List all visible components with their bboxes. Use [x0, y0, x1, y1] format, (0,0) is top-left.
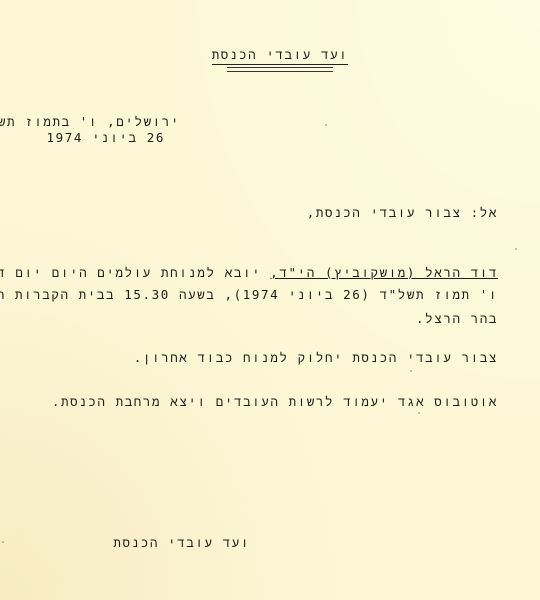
paragraph1-line3: בהר הרצל.	[416, 311, 498, 327]
place-date-hebrew: ירושלים, ו' בתמוז תשל"ד	[0, 114, 180, 130]
header-double-underline	[227, 67, 333, 72]
paper-speck	[515, 248, 517, 250]
paragraph2: צבור עובדי הכנסת יחלוק למנוח כבוד אחרון.	[134, 350, 498, 366]
paragraph1-line1-rest: יובא למנוחת עולמים היום יום ד',	[0, 265, 270, 280]
letter-page: ועד עובדי הכנסת ירושלים, ו' בתמוז תשל"ד …	[0, 0, 540, 600]
date-gregorian: 26 ביוני 1974	[46, 130, 165, 146]
signature: ועד עובדי הכנסת	[113, 535, 250, 551]
paper-speck	[418, 412, 420, 414]
paper-speck	[2, 541, 4, 543]
addressee-line: אל: צבור עובדי הכנסת,	[307, 205, 498, 221]
paper-speck	[410, 370, 412, 372]
paper-speck	[325, 124, 327, 126]
header-title: ועד עובדי הכנסת	[212, 47, 349, 65]
paragraph1-line2: ו' תמוז תשל"ד (26 ביוני 1974), בשעה 15.3…	[0, 287, 498, 303]
paragraph3: אוטובוס אגד יעמוד לרשות העובדים ויצא מרח…	[52, 394, 498, 410]
letter-header: ועד עובדי הכנסת	[200, 47, 360, 72]
paragraph1-line1: דוד הראל (מושקוביץ) הי"ד, יובא למנוחת עו…	[0, 265, 498, 281]
deceased-name: דוד הראל (מושקוביץ) הי"ד,	[270, 265, 498, 280]
